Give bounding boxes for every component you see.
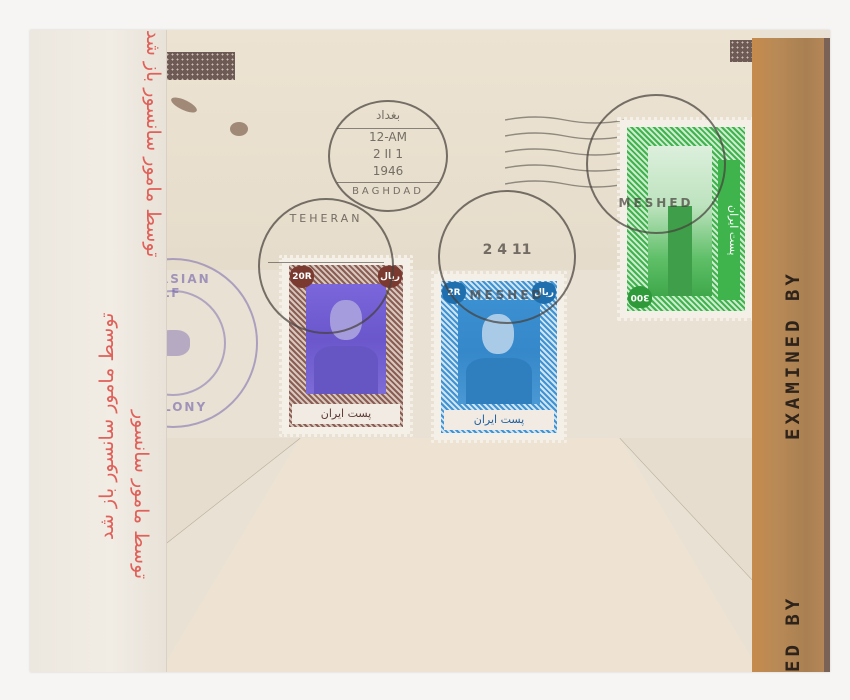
postmark-date: 2 II 1	[330, 147, 446, 161]
postmark-rule	[268, 262, 384, 263]
stamp3-cancel-postmark: MESHED	[586, 94, 726, 234]
cancel-text: TEHERAN	[260, 212, 392, 225]
portrait-uniform	[466, 358, 532, 404]
right-censor-tape: EXAMINED BY ED BY	[752, 38, 830, 672]
envelope: بغداد 12-AM 2 II 1 1946 BAGHDAD PERSIAN …	[30, 30, 830, 672]
postmark-year: 1946	[330, 164, 446, 178]
cancel-date: 2 4 11	[440, 242, 574, 258]
stamp-country-caption: پست ایران	[444, 410, 554, 430]
postmark-time: 12-AM	[330, 130, 446, 144]
stamp2-cancel-postmark: 2 4 11 MESHED	[438, 190, 576, 324]
stamp1-cancel-postmark: TEHERAN	[258, 198, 394, 334]
ink-stain	[230, 122, 248, 136]
postmark-rule	[337, 128, 439, 129]
portrait-uniform	[314, 346, 378, 394]
examined-by-text-lower: ED BY	[782, 595, 804, 672]
stamp-country-caption: پست ایران	[292, 404, 400, 424]
cancel-text: MESHED	[588, 196, 724, 210]
examined-by-text: EXAMINED BY	[782, 270, 804, 440]
stamp-value-badge: 300	[628, 286, 652, 308]
censor-tape-text-line1: توسط مامور سانسور باز شد	[142, 30, 164, 257]
left-censor-tape: توسط مامور سانسور باز شد توسط مامور سانس…	[30, 30, 167, 672]
postmark-top-text: بغداد	[330, 108, 446, 122]
cancel-text: MESHED	[440, 288, 574, 302]
security-pattern-top-left	[165, 52, 235, 80]
censor-tape-text-line3: توسط مامور سانسور	[130, 410, 152, 579]
tape-edge-pattern	[824, 38, 830, 672]
postmark-bottom-text: BAGHDAD	[330, 186, 446, 197]
baghdad-postmark: بغداد 12-AM 2 II 1 1946 BAGHDAD	[328, 100, 448, 212]
postmark-rule	[337, 182, 439, 183]
censor-tape-text-line2: توسط مامور سانسور باز شد	[96, 313, 118, 540]
envelope-bottom-flap	[160, 438, 760, 672]
